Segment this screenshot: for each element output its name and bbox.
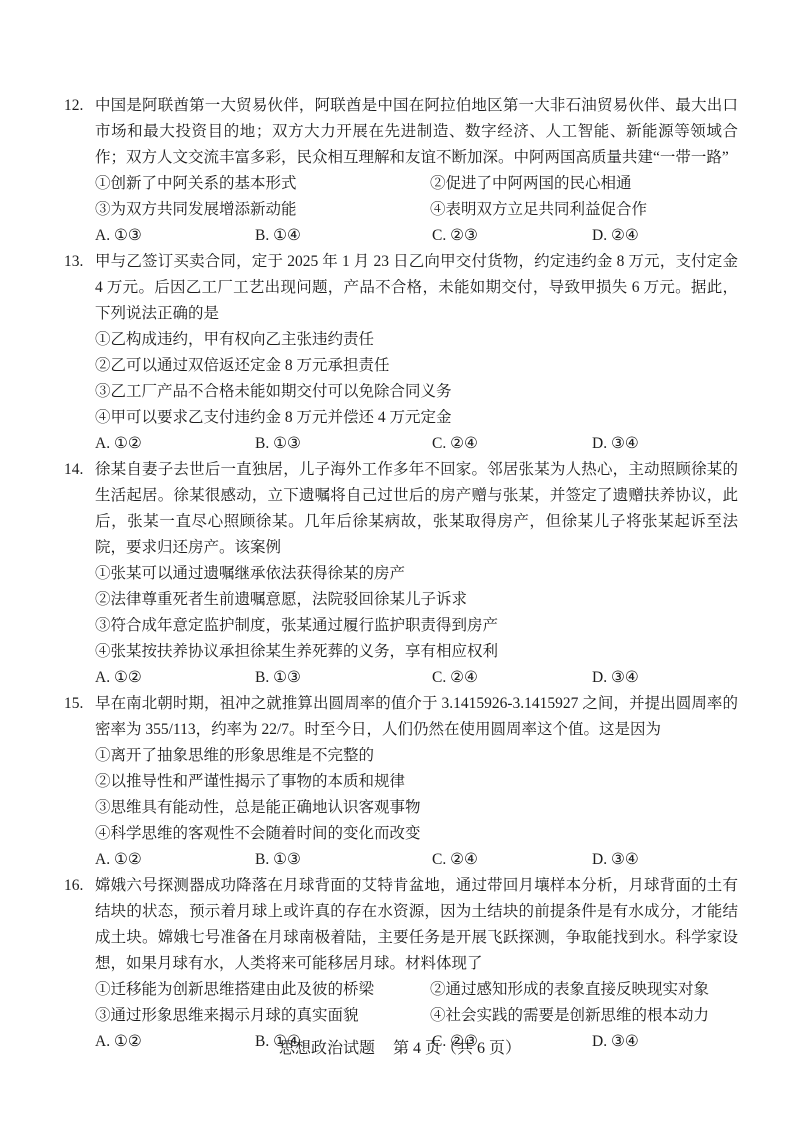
question-16: 16.嫦娥六号探测器成功降落在月球背面的艾特肯盆地，通过带回月壤样本分析，月球背…	[64, 873, 738, 1055]
option-item: ②通过感知形成的表象直接反映现实对象	[430, 977, 738, 1003]
option-item: ③为双方共同发展增添新动能	[95, 197, 430, 223]
page-footer: 思想政治试题第 4 页（共 6 页）	[0, 1036, 800, 1062]
question-number: 14.	[64, 457, 95, 483]
option-item: ④科学思维的客观性不会随着时间的变化而改变	[95, 821, 738, 847]
answer-choice: A. ①②	[95, 431, 255, 457]
answer-choice: A. ①②	[95, 847, 255, 873]
footer-title: 思想政治试题	[279, 1040, 375, 1057]
question-12: 12.中国是阿联酋第一大贸易伙伴，阿联酋是中国在阿拉伯地区第一大非石油贸易伙伴、…	[64, 93, 738, 249]
option-item: ②促进了中阿两国的民心相通	[430, 171, 738, 197]
option-item: ①离开了抽象思维的形象思维是不完整的	[95, 743, 738, 769]
answer-choice: D. ②④	[592, 223, 738, 249]
question-stem: 徐某自妻子去世后一直独居，儿子海外工作多年不回家。邻居张某为人热心，主动照顾徐某…	[95, 457, 738, 561]
question-number: 13.	[64, 249, 95, 275]
question-13: 13.甲与乙签订买卖合同，定于 2025 年 1 月 23 日乙向甲交付货物，约…	[64, 249, 738, 457]
option-item: ②乙可以通过双倍返还定金 8 万元承担责任	[95, 353, 738, 379]
answer-choices: A. ①②B. ①③C. ②④D. ③④	[95, 847, 738, 873]
option-item: ②法律尊重死者生前遗嘱意愿，法院驳回徐某儿子诉求	[95, 587, 738, 613]
option-item: ②以推导性和严谨性揭示了事物的本质和规律	[95, 769, 738, 795]
option-item: ①张某可以通过遗嘱继承依法获得徐某的房产	[95, 561, 738, 587]
answer-choice: D. ③④	[592, 665, 738, 691]
option-item: ③符合成年意定监护制度，张某通过履行监护职责得到房产	[95, 613, 738, 639]
answer-choices: A. ①②B. ①③C. ②④D. ③④	[95, 431, 738, 457]
option-item: ③思维具有能动性，总是能正确地认识客观事物	[95, 795, 738, 821]
answer-choice: C. ②④	[432, 431, 592, 457]
answer-choices: A. ①②B. ①③C. ②④D. ③④	[95, 665, 738, 691]
question-body: 早在南北朝时期，祖冲之就推算出圆周率的值介于 3.1415926-3.14159…	[95, 691, 738, 873]
question-15: 15.早在南北朝时期，祖冲之就推算出圆周率的值介于 3.1415926-3.14…	[64, 691, 738, 873]
question-14: 14.徐某自妻子去世后一直独居，儿子海外工作多年不回家。邻居张某为人热心，主动照…	[64, 457, 738, 691]
question-stem: 中国是阿联酋第一大贸易伙伴，阿联酋是中国在阿拉伯地区第一大非石油贸易伙伴、最大出…	[95, 93, 738, 171]
option-group: ①张某可以通过遗嘱继承依法获得徐某的房产②法律尊重死者生前遗嘱意愿，法院驳回徐某…	[95, 561, 738, 665]
answer-choice: C. ②③	[432, 223, 592, 249]
exam-page: 12.中国是阿联酋第一大贸易伙伴，阿联酋是中国在阿拉伯地区第一大非石油贸易伙伴、…	[0, 0, 800, 1131]
option-group: ①乙构成违约，甲有权向乙主张违约责任②乙可以通过双倍返还定金 8 万元承担责任③…	[95, 327, 738, 431]
question-stem: 甲与乙签订买卖合同，定于 2025 年 1 月 23 日乙向甲交付货物，约定违约…	[95, 249, 738, 327]
question-number: 12.	[64, 93, 95, 119]
question-stem: 早在南北朝时期，祖冲之就推算出圆周率的值介于 3.1415926-3.14159…	[95, 691, 738, 743]
option-item: ①乙构成违约，甲有权向乙主张违约责任	[95, 327, 738, 353]
option-item: ④表明双方立足共同利益促合作	[430, 197, 738, 223]
footer-page-info: 第 4 页（共 6 页）	[393, 1040, 521, 1057]
option-item: ④张某按扶养协议承担徐某生养死葬的义务，享有相应权利	[95, 639, 738, 665]
answer-choice: A. ①③	[95, 223, 255, 249]
answer-choice: B. ①③	[255, 665, 432, 691]
answer-choice: B. ①③	[255, 847, 432, 873]
option-group: ①创新了中阿关系的基本形式②促进了中阿两国的民心相通③为双方共同发展增添新动能④…	[95, 171, 738, 223]
answer-choice: B. ①③	[255, 431, 432, 457]
question-list: 12.中国是阿联酋第一大贸易伙伴，阿联酋是中国在阿拉伯地区第一大非石油贸易伙伴、…	[64, 93, 738, 1055]
answer-choice: B. ①④	[255, 223, 432, 249]
answer-choice: C. ②④	[432, 847, 592, 873]
option-item: ④甲可以要求乙支付违约金 8 万元并偿还 4 万元定金	[95, 405, 738, 431]
question-body: 嫦娥六号探测器成功降落在月球背面的艾特肯盆地，通过带回月壤样本分析，月球背面的土…	[95, 873, 738, 1055]
answer-choice: C. ②④	[432, 665, 592, 691]
answer-choices: A. ①③B. ①④C. ②③D. ②④	[95, 223, 738, 249]
option-item: ③通过形象思维来揭示月球的真实面貌	[95, 1003, 430, 1029]
answer-choice: D. ③④	[592, 847, 738, 873]
option-item: ①迁移能为创新思维搭建由此及彼的桥梁	[95, 977, 430, 1003]
question-number: 16.	[64, 873, 95, 899]
question-body: 徐某自妻子去世后一直独居，儿子海外工作多年不回家。邻居张某为人热心，主动照顾徐某…	[95, 457, 738, 691]
question-stem: 嫦娥六号探测器成功降落在月球背面的艾特肯盆地，通过带回月壤样本分析，月球背面的土…	[95, 873, 738, 977]
option-group: ①离开了抽象思维的形象思维是不完整的②以推导性和严谨性揭示了事物的本质和规律③思…	[95, 743, 738, 847]
question-body: 甲与乙签订买卖合同，定于 2025 年 1 月 23 日乙向甲交付货物，约定违约…	[95, 249, 738, 457]
answer-choice: D. ③④	[592, 431, 738, 457]
option-item: ③乙工厂产品不合格未能如期交付可以免除合同义务	[95, 379, 738, 405]
option-group: ①迁移能为创新思维搭建由此及彼的桥梁②通过感知形成的表象直接反映现实对象③通过形…	[95, 977, 738, 1029]
question-body: 中国是阿联酋第一大贸易伙伴，阿联酋是中国在阿拉伯地区第一大非石油贸易伙伴、最大出…	[95, 93, 738, 249]
answer-choice: A. ①②	[95, 665, 255, 691]
option-item: ④社会实践的需要是创新思维的根本动力	[430, 1003, 738, 1029]
question-number: 15.	[64, 691, 95, 717]
option-item: ①创新了中阿关系的基本形式	[95, 171, 430, 197]
